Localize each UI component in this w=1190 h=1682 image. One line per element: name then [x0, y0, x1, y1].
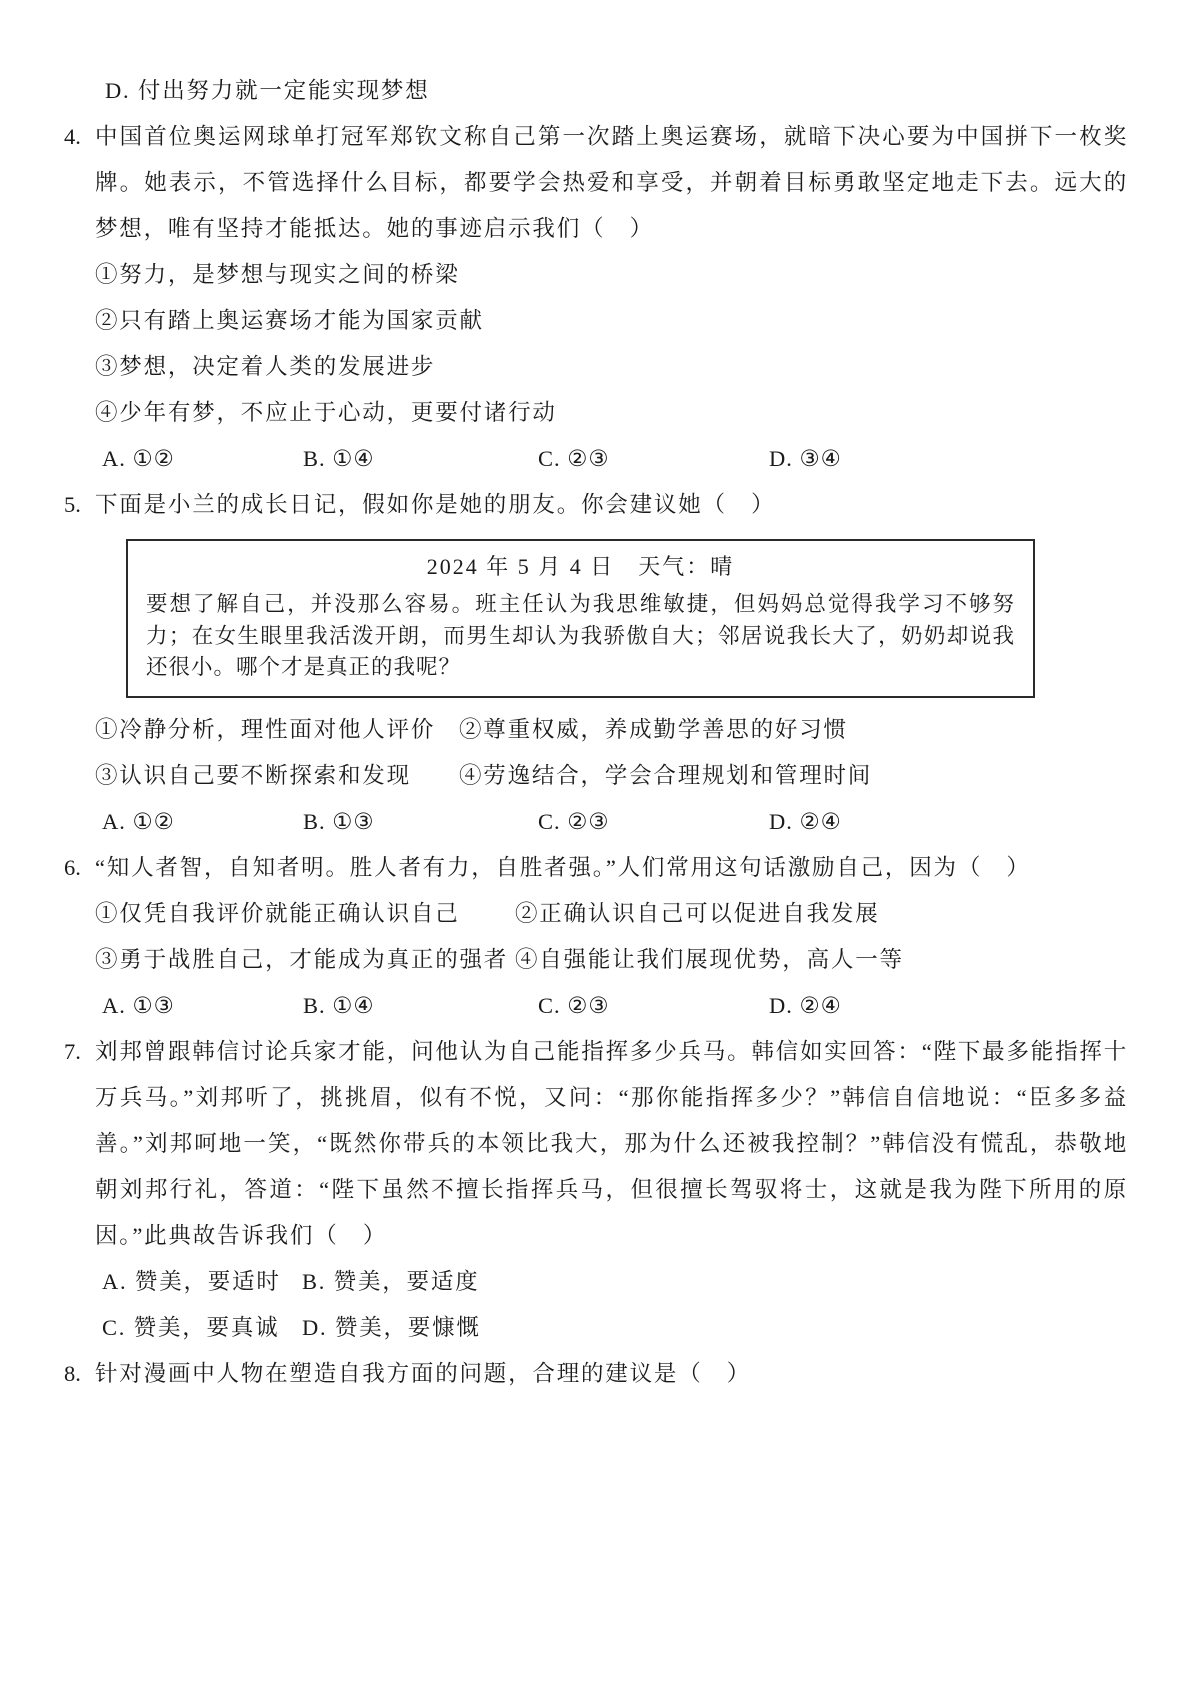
question-4: 4. 中国首位奥运网球单打冠军郑钦文称自己第一次踏上奥运赛场，就暗下决心要为中国…	[95, 114, 1128, 482]
question-5-option-a: A. ①②	[102, 799, 303, 845]
question-5-stem: 下面是小兰的成长日记，假如你是她的朋友。你会建议她（ ）	[95, 482, 1128, 528]
question-6-item-4: ④自强能让我们展现优势，高人一等	[515, 937, 904, 983]
question-8-number: 8.	[64, 1351, 81, 1397]
question-6-option-a: A. ①③	[102, 983, 303, 1029]
orphan-option-d: D. 付出努力就一定能实现梦想	[95, 68, 1128, 114]
question-7-option-b: B. 赞美，要适度	[302, 1259, 479, 1305]
question-4-options: A. ①② B. ①④ C. ②③ D. ③④	[95, 436, 1128, 482]
question-5-option-d: D. ②④	[769, 799, 842, 845]
question-4-option-a: A. ①②	[102, 436, 303, 482]
question-6-item-2: ②正确认识自己可以促进自我发展	[515, 891, 880, 937]
diary-box: 2024 年 5 月 4 日 天气：晴 要想了解自己，并没那么容易。班主任认为我…	[126, 539, 1035, 698]
diary-body: 要想了解自己，并没那么容易。班主任认为我思维敏捷，但妈妈总觉得我学习不够努力；在…	[146, 589, 1015, 684]
question-4-option-b: B. ①④	[303, 436, 538, 482]
question-8-stem: 针对漫画中人物在塑造自我方面的问题，合理的建议是（ ）	[95, 1351, 1128, 1397]
question-6-stem: “知人者智，自知者明。胜人者有力，自胜者强。”人们常用这句话激励自己，因为（ ）	[95, 845, 1128, 891]
question-5-item-row-1: ①冷静分析，理性面对他人评价 ②尊重权威，养成勤学善思的好习惯	[95, 707, 1128, 753]
question-4-stem: 中国首位奥运网球单打冠军郑钦文称自己第一次踏上奥运赛场，就暗下决心要为中国拼下一…	[95, 114, 1128, 252]
question-6-number: 6.	[64, 845, 81, 891]
question-5-item-4: ④劳逸结合，学会合理规划和管理时间	[459, 753, 872, 799]
question-4-item-3: ③梦想，决定着人类的发展进步	[95, 344, 1128, 390]
question-6-item-3: ③勇于战胜自己，才能成为真正的强者	[95, 937, 515, 983]
question-6: 6. “知人者智，自知者明。胜人者有力，自胜者强。”人们常用这句话激励自己，因为…	[95, 845, 1128, 1029]
question-7-number: 7.	[64, 1029, 81, 1075]
question-5-option-b: B. ①③	[303, 799, 538, 845]
question-4-number: 4.	[64, 114, 81, 160]
question-4-option-d: D. ③④	[769, 436, 842, 482]
question-4-item-1: ①努力，是梦想与现实之间的桥梁	[95, 252, 1128, 298]
question-5-item-1: ①冷静分析，理性面对他人评价	[95, 707, 459, 753]
question-5-options: A. ①② B. ①③ C. ②③ D. ②④	[95, 799, 1128, 845]
question-6-option-c: C. ②③	[538, 983, 769, 1029]
question-7-option-a: A. 赞美，要适时	[102, 1259, 302, 1305]
exam-page: D. 付出努力就一定能实现梦想 4. 中国首位奥运网球单打冠军郑钦文称自己第一次…	[0, 0, 1190, 1397]
question-4-item-2: ②只有踏上奥运赛场才能为国家贡献	[95, 298, 1128, 344]
question-4-item-4: ④少年有梦，不应止于心动，更要付诸行动	[95, 390, 1128, 436]
question-6-options: A. ①③ B. ①④ C. ②③ D. ②④	[95, 983, 1128, 1029]
question-5-option-c: C. ②③	[538, 799, 769, 845]
question-5-number: 5.	[64, 482, 81, 528]
question-6-item-1: ①仅凭自我评价就能正确认识自己	[95, 891, 515, 937]
question-6-item-row-1: ①仅凭自我评价就能正确认识自己 ②正确认识自己可以促进自我发展	[95, 891, 1128, 937]
question-7-stem: 刘邦曾跟韩信讨论兵家才能，问他认为自己能指挥多少兵马。韩信如实回答：“陛下最多能…	[95, 1029, 1128, 1259]
question-8: 8. 针对漫画中人物在塑造自我方面的问题，合理的建议是（ ）	[95, 1351, 1128, 1397]
question-5-item-2: ②尊重权威，养成勤学善思的好习惯	[459, 707, 848, 753]
question-7-option-d: D. 赞美，要慷慨	[302, 1305, 481, 1351]
question-6-item-row-2: ③勇于战胜自己，才能成为真正的强者 ④自强能让我们展现优势，高人一等	[95, 937, 1128, 983]
question-7-option-row-2: C. 赞美，要真诚 D. 赞美，要慷慨	[95, 1305, 1128, 1351]
question-5-item-row-2: ③认识自己要不断探索和发现 ④劳逸结合，学会合理规划和管理时间	[95, 753, 1128, 799]
question-7: 7. 刘邦曾跟韩信讨论兵家才能，问他认为自己能指挥多少兵马。韩信如实回答：“陛下…	[95, 1029, 1128, 1351]
question-7-option-c: C. 赞美，要真诚	[102, 1305, 302, 1351]
question-6-option-d: D. ②④	[769, 983, 842, 1029]
question-5: 5. 下面是小兰的成长日记，假如你是她的朋友。你会建议她（ ） 2024 年 5…	[95, 482, 1128, 845]
question-5-item-3: ③认识自己要不断探索和发现	[95, 753, 459, 799]
question-7-option-row-1: A. 赞美，要适时 B. 赞美，要适度	[95, 1259, 1128, 1305]
question-4-option-c: C. ②③	[538, 436, 769, 482]
question-6-option-b: B. ①④	[303, 983, 538, 1029]
diary-title: 2024 年 5 月 4 日 天气：晴	[146, 545, 1015, 589]
